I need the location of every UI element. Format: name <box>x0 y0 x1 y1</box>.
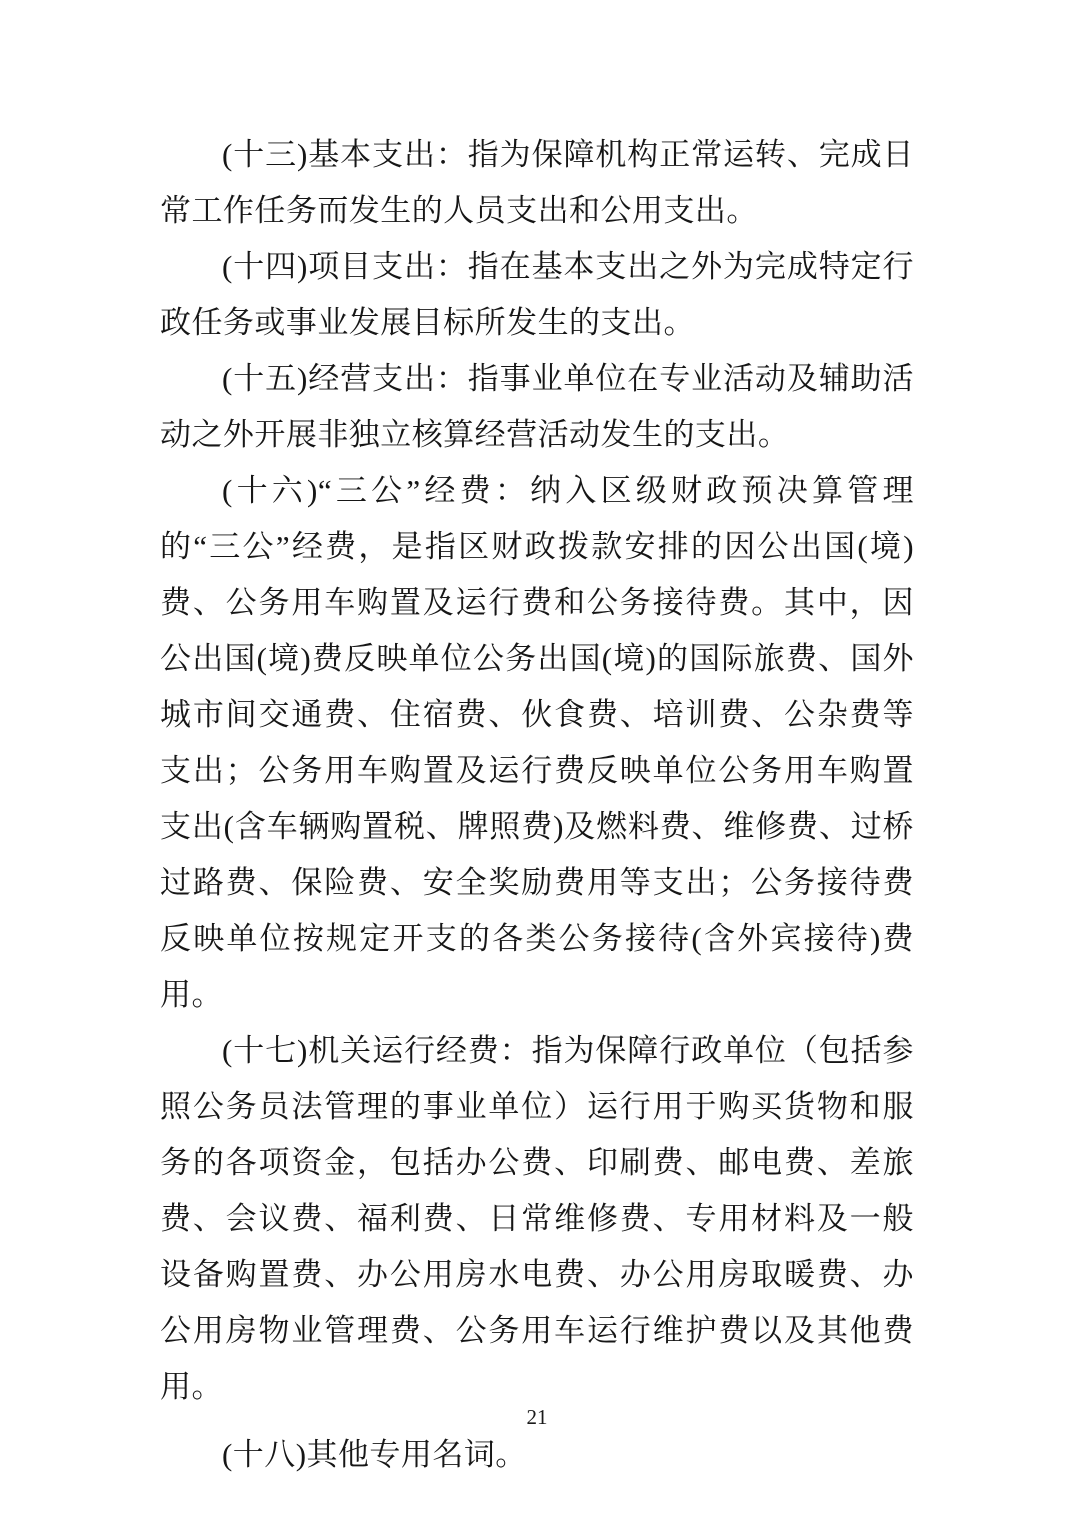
document-body: (十三)基本支出：指为保障机构正常运转、完成日常工作任务而发生的人员支出和公用支… <box>160 127 914 1483</box>
page-number: 21 <box>0 1403 1074 1431</box>
document-page: (十三)基本支出：指为保障机构正常运转、完成日常工作任务而发生的人员支出和公用支… <box>0 0 1074 1520</box>
paragraph-16-three-public-funds: (十六)“三公”经费：纳入区级财政预决算管理的“三公”经费，是指区财政拨款安排的… <box>160 463 914 1023</box>
paragraph-13-basic-expenditure: (十三)基本支出：指为保障机构正常运转、完成日常工作任务而发生的人员支出和公用支… <box>160 127 914 239</box>
paragraph-17-agency-operating-funds: (十七)机关运行经费：指为保障行政单位（包括参照公务员法管理的事业单位）运行用于… <box>160 1023 914 1415</box>
paragraph-15-operating-expenditure: (十五)经营支出：指事业单位在专业活动及辅助活动之外开展非独立核算经营活动发生的… <box>160 351 914 463</box>
paragraph-14-project-expenditure: (十四)项目支出：指在基本支出之外为完成特定行政任务或事业发展目标所发生的支出。 <box>160 239 914 351</box>
paragraph-18-other-terms: (十八)其他专用名词。 <box>160 1427 914 1483</box>
